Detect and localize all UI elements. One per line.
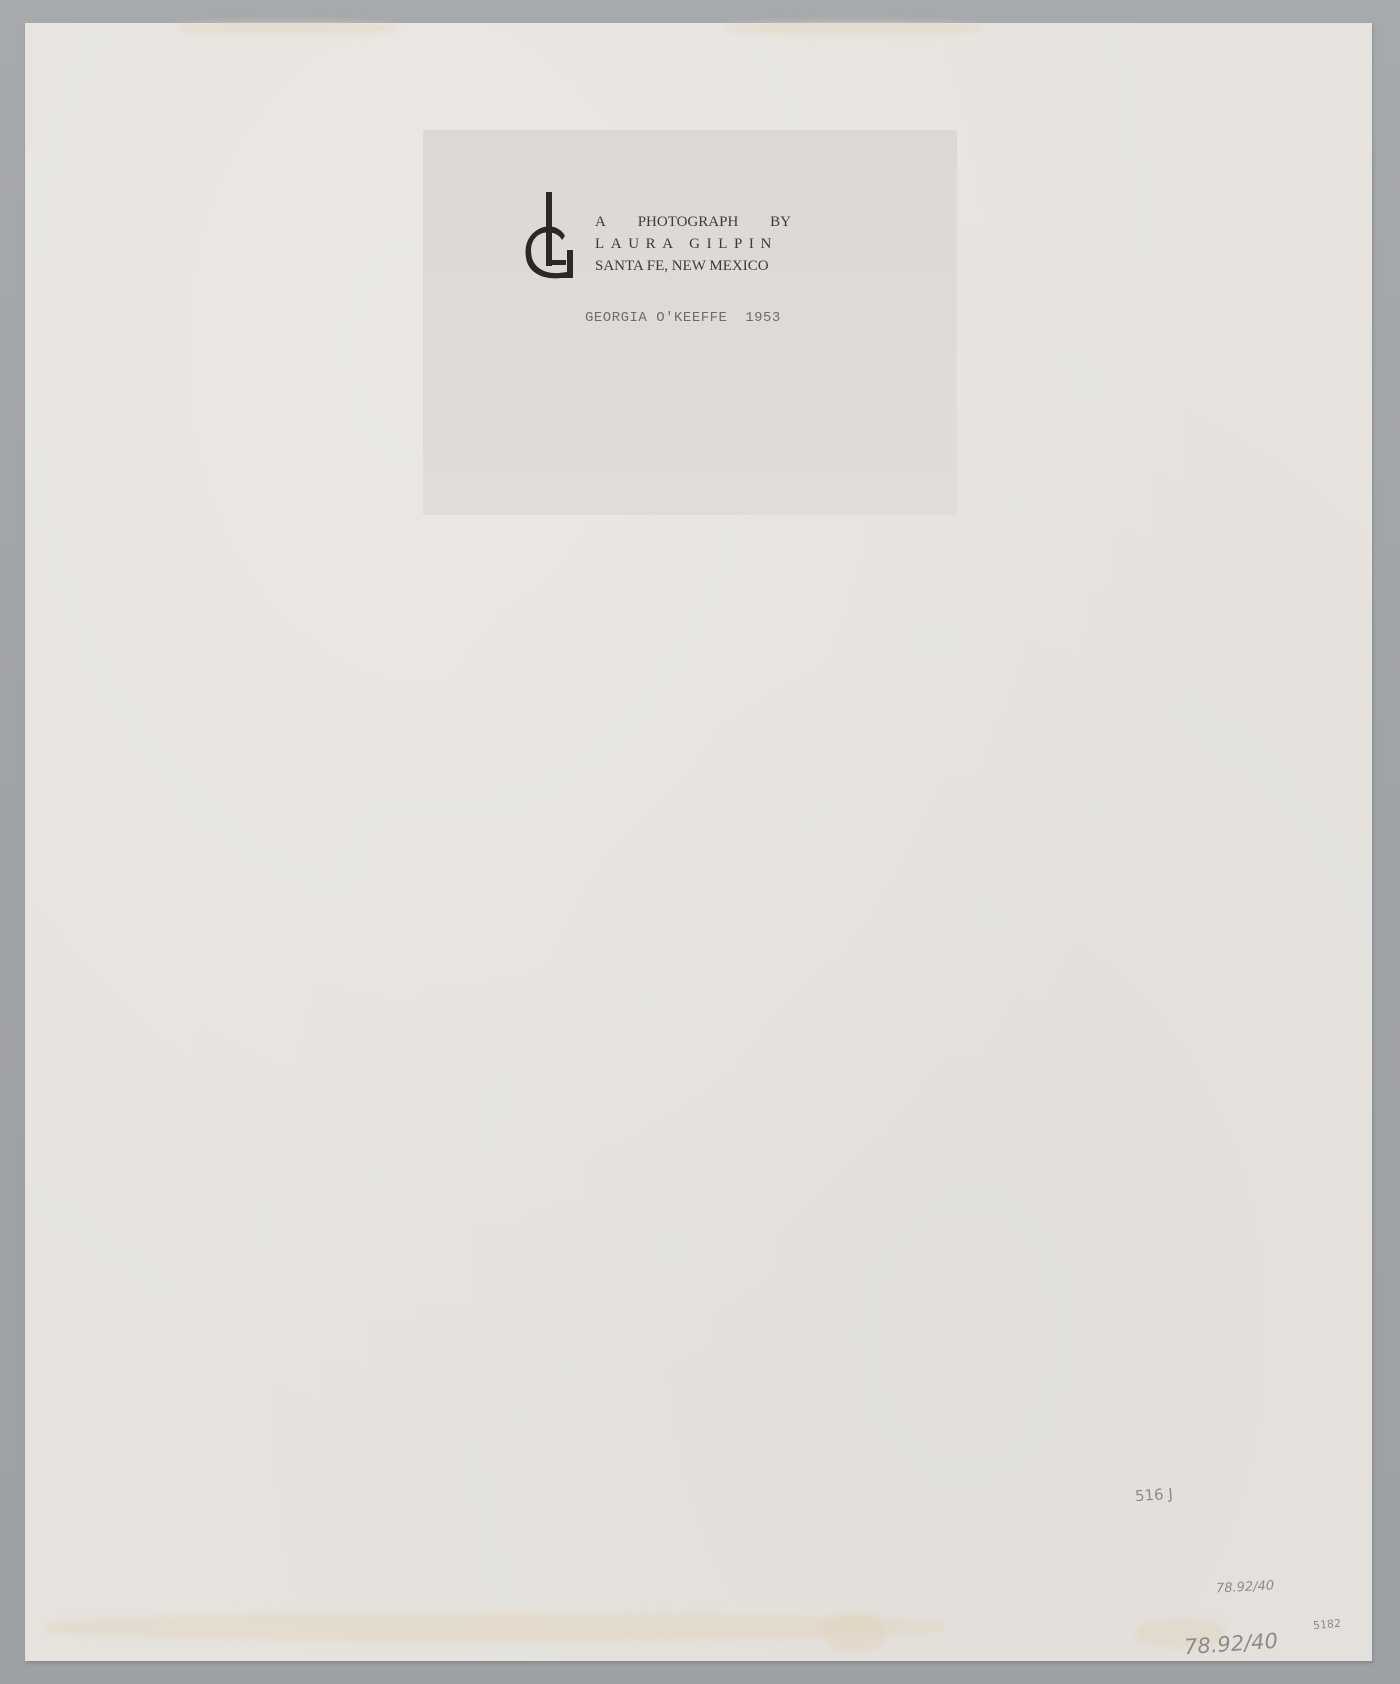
pencil-corner-number: 5182 <box>1312 1617 1341 1632</box>
pencil-accession-small: 78.92/40 <box>1216 1578 1275 1596</box>
photographer-location: SANTA FE, NEW MEXICO <box>595 255 791 277</box>
photographer-name: LAURA GILPIN <box>595 233 791 255</box>
stain <box>725 21 985 35</box>
maker-text: A PHOTOGRAPH BY LAURA GILPIN SANTA FE, N… <box>595 211 791 277</box>
stain <box>825 1613 885 1653</box>
lg-monogram-icon <box>521 190 577 282</box>
typed-caption: GEORGIA O'KEEFFE 1953 <box>585 310 781 326</box>
word-a: A <box>595 211 606 233</box>
word-by: BY <box>770 211 791 233</box>
maker-line-1: A PHOTOGRAPH BY <box>595 211 791 233</box>
word-photograph: PHOTOGRAPH <box>638 211 739 233</box>
stain <box>45 1613 945 1641</box>
stain <box>175 21 395 35</box>
pencil-inventory-code: 516 J <box>1134 1485 1173 1506</box>
